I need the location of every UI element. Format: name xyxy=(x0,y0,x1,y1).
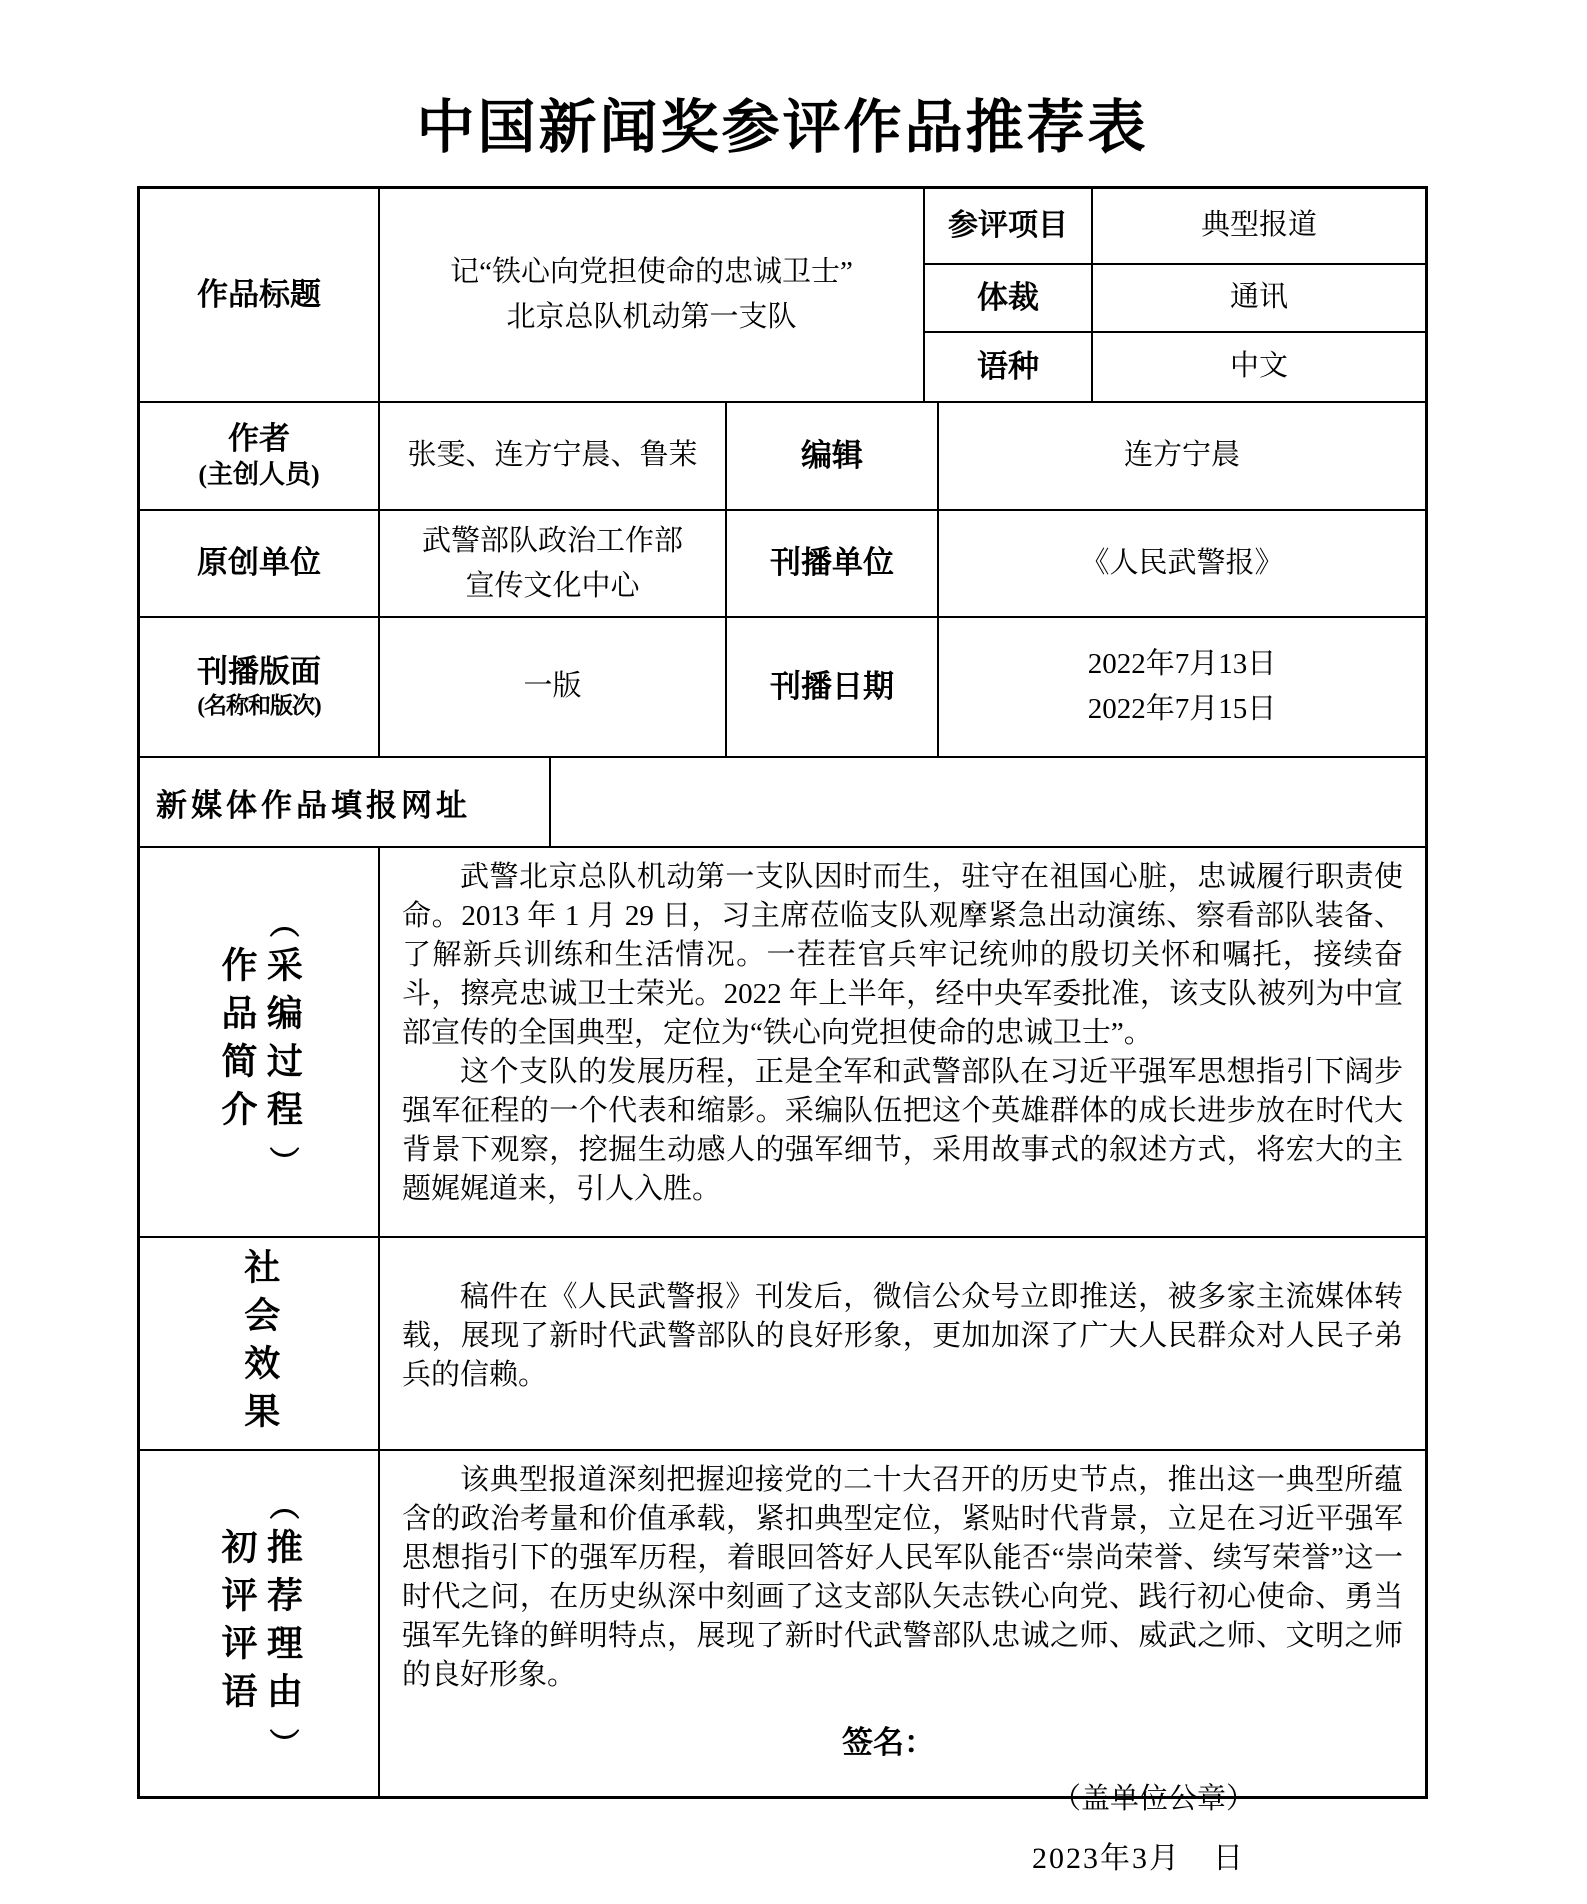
recommendation-para: 该典型报道深刻把握迎接党的二十大召开的历史节点，推出这一典型所蕴含的政治考量和价… xyxy=(402,1461,1403,1695)
intro-label-main: 作品简介 xyxy=(216,946,257,1138)
social-effect-label: 社会效果 xyxy=(238,1248,279,1440)
entry-item-row: 参评项目 典型报道 xyxy=(925,189,1425,265)
page-title: 中国新闻奖参评作品推荐表 xyxy=(137,80,1428,164)
recommendation-label-paren: 推荐理由 xyxy=(261,1528,302,1720)
author-value: 张雯、连方宁晨、鲁茉 xyxy=(380,403,727,509)
work-title-value: 记“铁心向党担使命的忠诚卫士” 北京总队机动第一支队 xyxy=(380,189,925,401)
work-title-line1: 记“铁心向党担使命的忠诚卫士” xyxy=(450,250,853,295)
row-intro: 作品简介 （ 采编过程 ） 武警北京总队机动第一支队因时而生，驻守在祖国心脏，忠… xyxy=(140,848,1425,1238)
new-media-label: 新媒体作品填报网址 xyxy=(140,758,551,846)
recommendation-paren-open-icon: （ xyxy=(267,1490,297,1520)
work-title-line2: 北京总队机动第一支队 xyxy=(450,295,853,340)
row-work-title: 作品标题 记“铁心向党担使命的忠诚卫士” 北京总队机动第一支队 参评项目 典型报… xyxy=(140,189,1425,403)
intro-para2: 这个支队的发展历程，正是全军和武警部队在习近平强军思想指引下阔步强军征程的一个代… xyxy=(402,1053,1403,1209)
publish-unit-value: 《人民武警报》 xyxy=(939,511,1425,616)
recommendation-label-paren-col: （ 推荐理由 ） xyxy=(261,1490,302,1758)
intro-body: 武警北京总队机动第一支队因时而生，驻守在祖国心脏，忠诚履行职责使命。2013 年… xyxy=(380,848,1425,1236)
language-label: 语种 xyxy=(925,333,1093,401)
publish-unit-label: 刊播单位 xyxy=(727,511,939,616)
original-unit-line1: 武警部队政治工作部 xyxy=(422,519,683,564)
recommendation-paren-close-icon: ） xyxy=(267,1728,297,1758)
publish-page-label-line2: (名称和版次) xyxy=(197,692,321,721)
intro-para1: 武警北京总队机动第一支队因时而生，驻守在祖国心脏，忠诚履行职责使命。2013 年… xyxy=(402,858,1403,1053)
language-value: 中文 xyxy=(1093,333,1425,401)
signature-label: 签名： xyxy=(842,1717,1403,1762)
recommendation-form-table: 作品标题 记“铁心向党担使命的忠诚卫士” 北京总队机动第一支队 参评项目 典型报… xyxy=(137,186,1428,1799)
row-social-effect: 社会效果 稿件在《人民武警报》刊发后，微信公众号立即推送，被多家主流媒体转载，展… xyxy=(140,1238,1425,1451)
row-author: 作者 (主创人员) 张雯、连方宁晨、鲁茉 编辑 连方宁晨 xyxy=(140,403,1425,511)
publish-page-value: 一版 xyxy=(380,618,727,756)
publish-date-label: 刊播日期 xyxy=(727,618,939,756)
new-media-value xyxy=(551,758,1425,846)
author-label: 作者 (主创人员) xyxy=(140,403,380,509)
document-page: 中国新闻奖参评作品推荐表 作品标题 记“铁心向党担使命的忠诚卫士” 北京总队机动… xyxy=(0,0,1587,1904)
author-label-line1: 作者 xyxy=(198,420,319,459)
work-title-label: 作品标题 xyxy=(140,189,380,401)
original-unit-label: 原创单位 xyxy=(140,511,380,616)
intro-paren-open-icon: （ xyxy=(267,908,297,938)
intro-paren-close-icon: ） xyxy=(267,1146,297,1176)
row-publish-page: 刊播版面 (名称和版次) 一版 刊播日期 2022年7月13日 2022年7月1… xyxy=(140,618,1425,758)
publish-date-line2: 2022年7月15日 xyxy=(1088,687,1277,732)
publish-page-label-line1: 刊播版面 xyxy=(197,653,321,692)
genre-value: 通讯 xyxy=(1093,265,1425,331)
social-effect-body: 稿件在《人民武警报》刊发后，微信公众号立即推送，被多家主流媒体转载，展现了新时代… xyxy=(380,1238,1425,1449)
language-row: 语种 中文 xyxy=(925,333,1425,401)
intro-label-paren-col: （ 采编过程 ） xyxy=(261,908,302,1176)
recommendation-label-main: 初评评语 xyxy=(216,1528,257,1720)
author-label-line2: (主创人员) xyxy=(198,459,319,492)
genre-label: 体裁 xyxy=(925,265,1093,331)
entry-meta-stack: 参评项目 典型报道 体裁 通讯 语种 中文 xyxy=(925,189,1425,401)
recommendation-label: 初评评语 （ 推荐理由 ） xyxy=(140,1451,380,1796)
social-effect-para: 稿件在《人民武警报》刊发后，微信公众号立即推送，被多家主流媒体转载，展现了新时代… xyxy=(402,1278,1403,1395)
publish-date-value: 2022年7月13日 2022年7月15日 xyxy=(939,618,1425,756)
intro-label-paren: 采编过程 xyxy=(261,946,302,1138)
date-line: 2023年3月 日 xyxy=(1032,1833,1403,1877)
row-original-unit: 原创单位 武警部队政治工作部 宣传文化中心 刊播单位 《人民武警报》 xyxy=(140,511,1425,618)
entry-item-label: 参评项目 xyxy=(925,189,1093,263)
social-effect-label-cell: 社会效果 xyxy=(140,1238,380,1449)
editor-label: 编辑 xyxy=(727,403,939,509)
original-unit-value: 武警部队政治工作部 宣传文化中心 xyxy=(380,511,727,616)
row-recommendation: 初评评语 （ 推荐理由 ） 该典型报道深刻把握迎接党的二十大召开的历史节点，推出… xyxy=(140,1451,1425,1796)
editor-value: 连方宁晨 xyxy=(939,403,1425,509)
original-unit-line2: 宣传文化中心 xyxy=(422,564,683,609)
row-new-media-url: 新媒体作品填报网址 xyxy=(140,758,1425,848)
publish-page-label: 刊播版面 (名称和版次) xyxy=(140,618,380,756)
publish-date-line1: 2022年7月13日 xyxy=(1088,642,1277,687)
intro-label: 作品简介 （ 采编过程 ） xyxy=(140,848,380,1236)
recommendation-body: 该典型报道深刻把握迎接党的二十大召开的历史节点，推出这一典型所蕴含的政治考量和价… xyxy=(380,1451,1425,1796)
seal-note: （盖单位公章） xyxy=(1052,1776,1403,1817)
genre-row: 体裁 通讯 xyxy=(925,265,1425,333)
entry-item-value: 典型报道 xyxy=(1093,189,1425,263)
